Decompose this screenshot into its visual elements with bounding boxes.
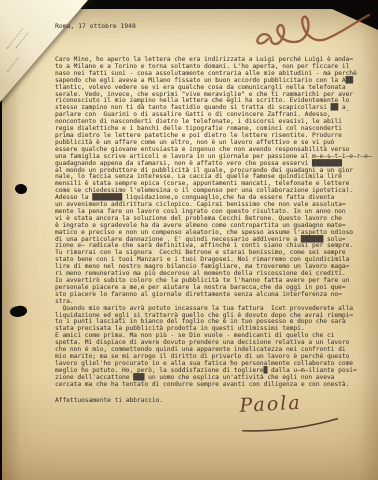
letter-body: Caro Mino, ho aperto la lettera che era … (55, 57, 367, 389)
signature-block: Paola (239, 389, 351, 437)
faint-text-mark (7, 57, 19, 72)
letter-line: cercata ma che ha tentato di condurre se… (55, 382, 367, 389)
dateline: Roma, 17 ottobre 1948 (55, 22, 136, 30)
photo-frame: Roma, 17 ottobre 1948 Caro Mino, ho aper… (0, 0, 378, 480)
handwritten-flourish-icon (252, 8, 374, 54)
signature-underline (240, 417, 340, 434)
faint-text-mark (7, 28, 24, 49)
flourish-stroke (257, 15, 369, 44)
signature: Paola (239, 392, 302, 417)
underline-stroke (242, 419, 337, 432)
letter-line: sto piacere lo faranno al giornale diret… (55, 292, 367, 299)
